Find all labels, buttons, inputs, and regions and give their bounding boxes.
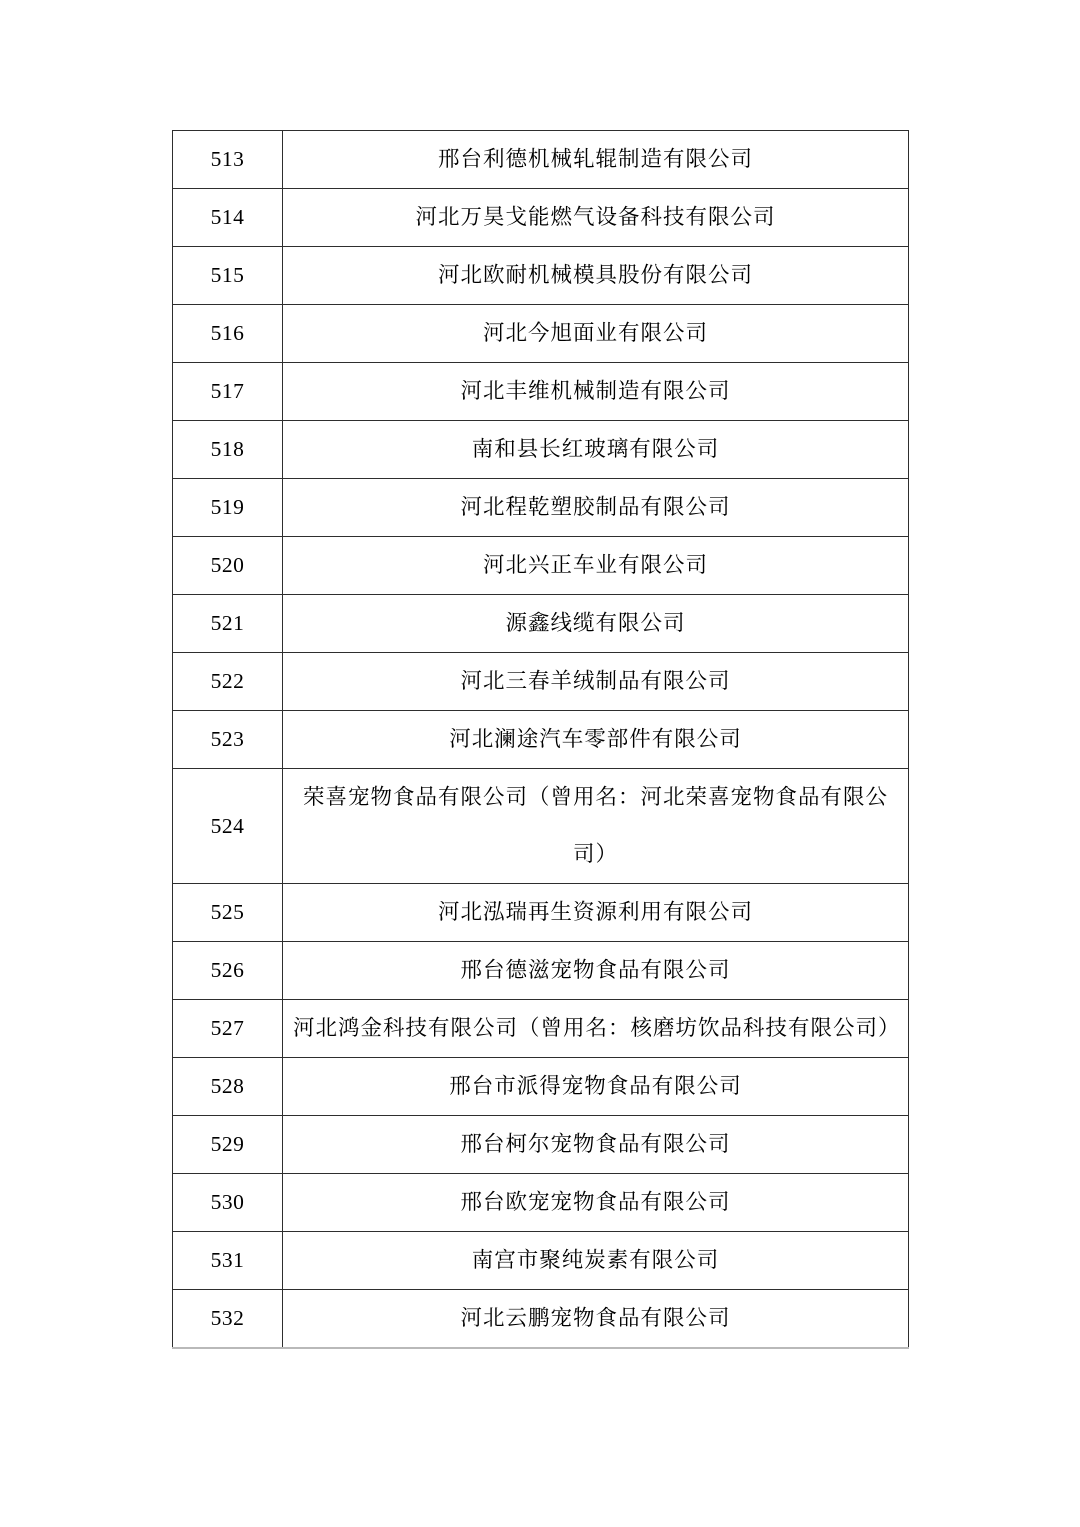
table-row: 521 源鑫线缆有限公司 (173, 595, 909, 653)
company-name: 河北丰维机械制造有限公司 (283, 363, 909, 421)
company-name: 河北万昊戈能燃气设备科技有限公司 (283, 189, 909, 247)
table-row: 524 荣喜宠物食品有限公司（曾用名：河北荣喜宠物食品有限公司） (173, 769, 909, 884)
company-name: 河北欧耐机械模具股份有限公司 (283, 247, 909, 305)
company-name: 邢台市派得宠物食品有限公司 (283, 1058, 909, 1116)
table-row: 529 邢台柯尔宠物食品有限公司 (173, 1116, 909, 1174)
row-index: 514 (173, 189, 283, 247)
company-name: 邢台柯尔宠物食品有限公司 (283, 1116, 909, 1174)
company-name: 南宫市聚纯炭素有限公司 (283, 1232, 909, 1290)
table-row: 519 河北程乾塑胶制品有限公司 (173, 479, 909, 537)
row-index: 515 (173, 247, 283, 305)
row-index: 523 (173, 711, 283, 769)
company-table: 513 邢台利德机械轧辊制造有限公司 514 河北万昊戈能燃气设备科技有限公司 … (172, 130, 909, 1349)
company-name: 邢台德滋宠物食品有限公司 (283, 942, 909, 1000)
row-index: 517 (173, 363, 283, 421)
company-name: 河北三春羊绒制品有限公司 (283, 653, 909, 711)
row-index: 526 (173, 942, 283, 1000)
row-index: 530 (173, 1174, 283, 1232)
table-row: 516 河北今旭面业有限公司 (173, 305, 909, 363)
row-index: 532 (173, 1290, 283, 1349)
company-name: 河北云鹏宠物食品有限公司 (283, 1290, 909, 1349)
table-row: 528 邢台市派得宠物食品有限公司 (173, 1058, 909, 1116)
table-row: 526 邢台德滋宠物食品有限公司 (173, 942, 909, 1000)
company-name: 源鑫线缆有限公司 (283, 595, 909, 653)
company-name: 荣喜宠物食品有限公司（曾用名：河北荣喜宠物食品有限公司） (283, 769, 909, 884)
row-index: 519 (173, 479, 283, 537)
table-row: 525 河北泓瑞再生资源利用有限公司 (173, 884, 909, 942)
company-name: 河北鸿金科技有限公司（曾用名：核磨坊饮品科技有限公司） (283, 1000, 909, 1058)
table-row: 532 河北云鹏宠物食品有限公司 (173, 1290, 909, 1349)
table-row: 523 河北澜途汽车零部件有限公司 (173, 711, 909, 769)
company-name: 南和县长红玻璃有限公司 (283, 421, 909, 479)
company-name: 河北泓瑞再生资源利用有限公司 (283, 884, 909, 942)
row-index: 524 (173, 769, 283, 884)
document-page: 513 邢台利德机械轧辊制造有限公司 514 河北万昊戈能燃气设备科技有限公司 … (0, 0, 1080, 1527)
row-index: 521 (173, 595, 283, 653)
table-row: 514 河北万昊戈能燃气设备科技有限公司 (173, 189, 909, 247)
company-name: 河北澜途汽车零部件有限公司 (283, 711, 909, 769)
row-index: 513 (173, 131, 283, 189)
table-row: 531 南宫市聚纯炭素有限公司 (173, 1232, 909, 1290)
table-row: 527 河北鸿金科技有限公司（曾用名：核磨坊饮品科技有限公司） (173, 1000, 909, 1058)
table-row: 522 河北三春羊绒制品有限公司 (173, 653, 909, 711)
row-index: 525 (173, 884, 283, 942)
row-index: 531 (173, 1232, 283, 1290)
table-row: 515 河北欧耐机械模具股份有限公司 (173, 247, 909, 305)
company-name: 河北兴正车业有限公司 (283, 537, 909, 595)
row-index: 527 (173, 1000, 283, 1058)
table-row: 513 邢台利德机械轧辊制造有限公司 (173, 131, 909, 189)
table-row: 517 河北丰维机械制造有限公司 (173, 363, 909, 421)
table-row: 530 邢台欧宠宠物食品有限公司 (173, 1174, 909, 1232)
company-name: 邢台利德机械轧辊制造有限公司 (283, 131, 909, 189)
company-name: 河北程乾塑胶制品有限公司 (283, 479, 909, 537)
company-name: 河北今旭面业有限公司 (283, 305, 909, 363)
company-name: 邢台欧宠宠物食品有限公司 (283, 1174, 909, 1232)
row-index: 528 (173, 1058, 283, 1116)
row-index: 522 (173, 653, 283, 711)
row-index: 529 (173, 1116, 283, 1174)
row-index: 520 (173, 537, 283, 595)
row-index: 518 (173, 421, 283, 479)
table-row: 520 河北兴正车业有限公司 (173, 537, 909, 595)
table-row: 518 南和县长红玻璃有限公司 (173, 421, 909, 479)
row-index: 516 (173, 305, 283, 363)
